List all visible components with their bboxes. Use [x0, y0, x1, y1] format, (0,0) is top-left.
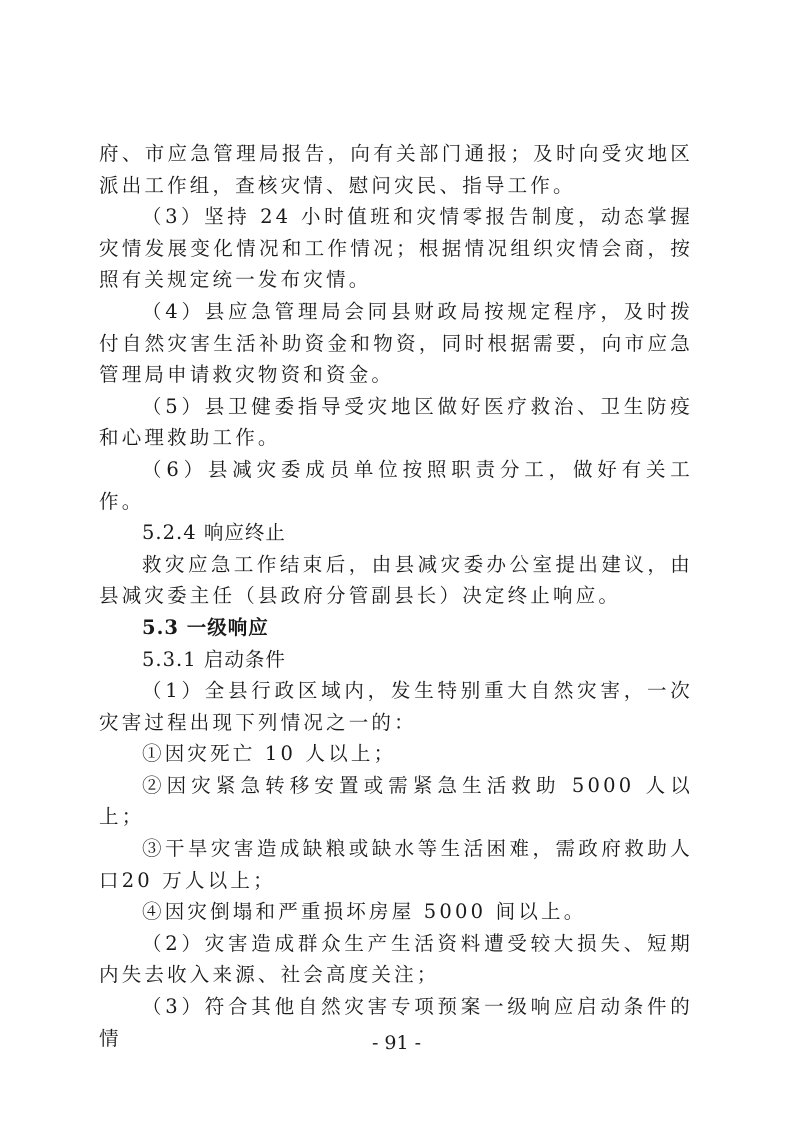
paragraph-condition-1: （1）全县行政区域内，发生特别重大自然灾害，一次灾害过程出现下列情况之一的：: [99, 675, 693, 738]
paragraph-item-4: （4）县应急管理局会同县财政局按规定程序，及时拨付自然灾害生活补助资金和物资，同…: [99, 296, 693, 391]
paragraph-sub-condition-4: ④因灾倒塌和严重损坏房屋 5000 间以上。: [99, 896, 693, 928]
paragraph-sub-condition-3: ③干旱灾害造成缺粮或缺水等生活困难，需政府救助人口20 万人以上；: [99, 833, 693, 896]
paragraph-sub-condition-2: ②因灾紧急转移安置或需紧急生活救助 5000 人以上；: [99, 770, 693, 833]
section-heading-5-3: 5.3 一级响应: [99, 612, 693, 644]
paragraph-item-3: （3）坚持 24 小时值班和灾情零报告制度，动态掌握灾情发展变化情况和工作情况；…: [99, 201, 693, 296]
paragraph-continuation: 府、市应急管理局报告，向有关部门通报；及时向受灾地区派出工作组，查核灾情、慰问灾…: [99, 138, 693, 201]
page-number: - 91 -: [0, 1032, 793, 1054]
paragraph-condition-2: （2）灾害造成群众生产生活资料遭受较大损失、短期内失去收入来源、社会高度关注；: [99, 928, 693, 991]
section-heading-5-3-1: 5.3.1 启动条件: [99, 644, 693, 676]
paragraph-item-5: （5）县卫健委指导受灾地区做好医疗救治、卫生防疫和心理救助工作。: [99, 391, 693, 454]
section-heading-5-2-4: 5.2.4 响应终止: [99, 517, 693, 549]
document-body: 府、市应急管理局报告，向有关部门通报；及时向受灾地区派出工作组，查核灾情、慰问灾…: [99, 138, 693, 1054]
paragraph-response-termination: 救灾应急工作结束后，由县减灾委办公室提出建议，由县减灾委主任（县政府分管副县长）…: [99, 549, 693, 612]
paragraph-item-6: （6）县减灾委成员单位按照职责分工，做好有关工作。: [99, 454, 693, 517]
paragraph-sub-condition-1: ①因灾死亡 10 人以上；: [99, 738, 693, 770]
